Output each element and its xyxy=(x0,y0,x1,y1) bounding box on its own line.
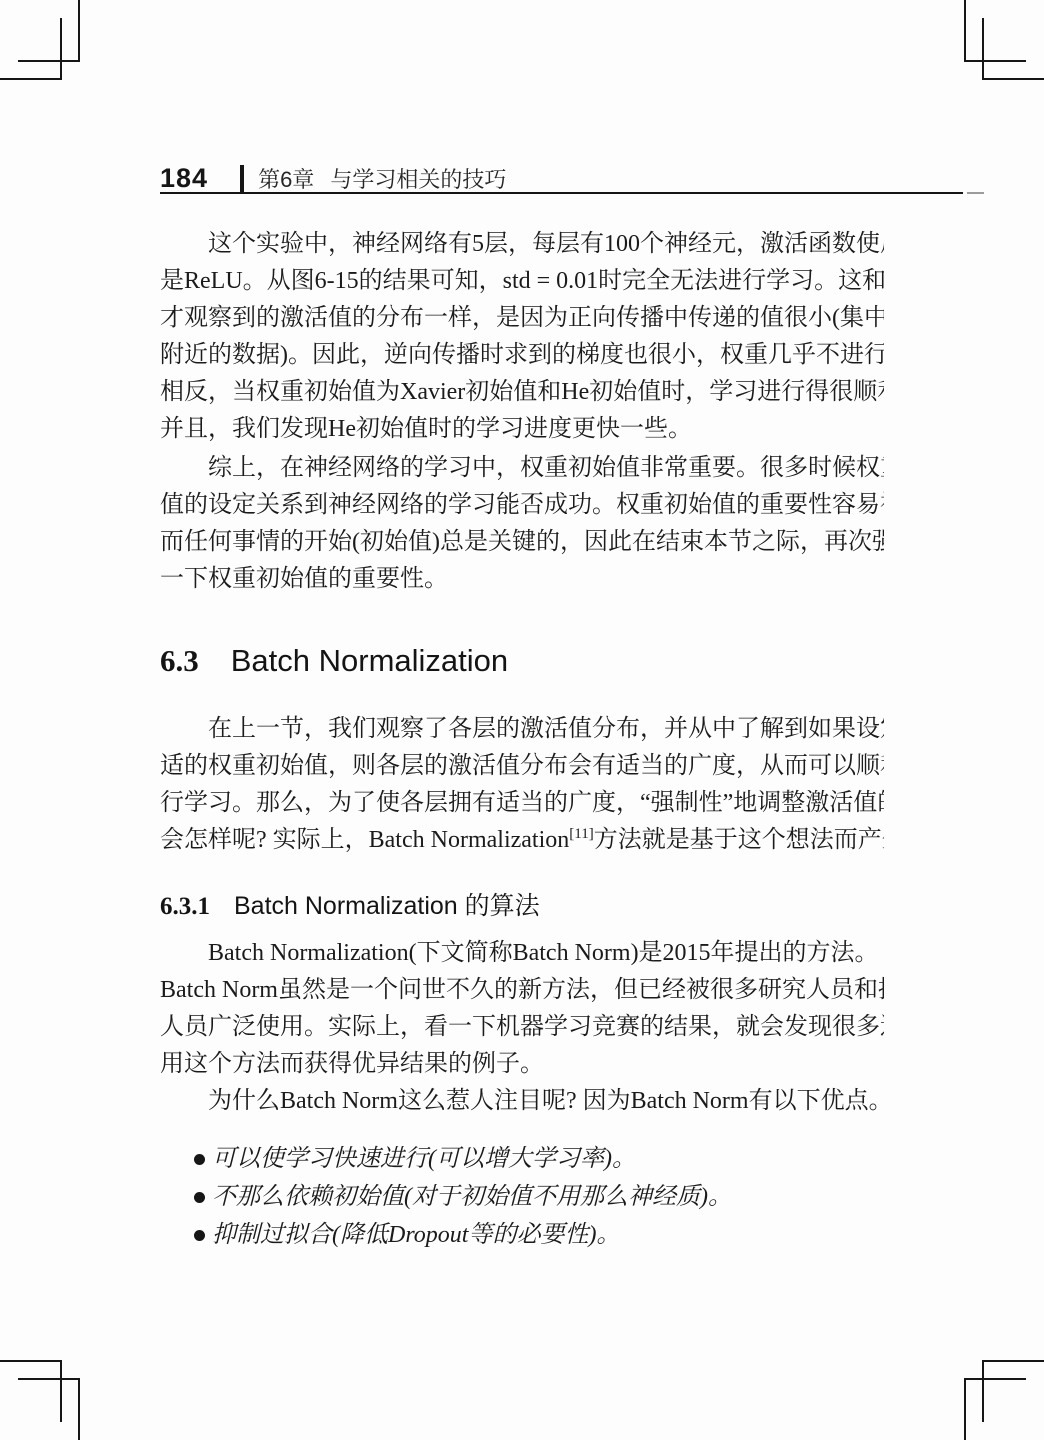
footnote-reference: [11] xyxy=(569,826,593,842)
text-line: 人员广泛使用。实际上，看一下机器学习竞赛的结果，就会发现很多通过使 xyxy=(160,1009,884,1046)
paragraph-2: 综上，在神经网络的学习中，权重初始值非常重要。很多时候权重初始 值的设定关系到神… xyxy=(160,450,884,598)
crop-mark-top-right-v1 xyxy=(964,0,966,62)
text-line: 用这个方法而获得优异结果的例子。 xyxy=(160,1046,884,1083)
header-rule-dash xyxy=(967,192,984,194)
text-segment: 方法就是基于这个想法而产生的。 xyxy=(594,827,884,853)
section-title: Batch Normalization xyxy=(231,643,508,678)
running-header: 184 第6章 与学习相关的技巧 xyxy=(160,162,506,194)
text-line: 一下权重初始值的重要性。 xyxy=(160,561,884,598)
bullet-text: 可以使学习快速进行(可以增大学习率)。 xyxy=(212,1146,636,1172)
crop-mark-top-left-v2 xyxy=(60,18,62,80)
text-line: 相反，当权重初始值为Xavier初始值和He初始值时，学习进行得很顺利。 xyxy=(160,374,884,411)
subsection-number: 6.3.1 xyxy=(160,893,210,920)
text-line: 值的设定关系到神经网络的学习能否成功。权重初始值的重要性容易被忽视， xyxy=(160,487,884,524)
bullet-text: 抑制过拟合(降低Dropout等的必要性)。 xyxy=(212,1222,620,1248)
chapter-label: 第6章 xyxy=(258,163,314,194)
text-line: 才观察到的激活值的分布一样，是因为正向传播中传递的值很小(集中在0 xyxy=(160,300,884,337)
crop-mark-bottom-right-v1 xyxy=(982,1360,984,1422)
text-line: 在上一节，我们观察了各层的激活值分布，并从中了解到如果设定了合 xyxy=(160,711,884,748)
text-line: 会怎样呢? 实际上，Batch Normalization[11]方法就是基于这… xyxy=(160,822,884,859)
bullet-icon xyxy=(194,1230,205,1241)
text-line: Batch Norm虽然是一个问世不久的新方法，但已经被很多研究人员和技术 xyxy=(160,972,884,1009)
chapter-title: 与学习相关的技巧 xyxy=(330,163,506,194)
text-line: 综上，在神经网络的学习中，权重初始值非常重要。很多时候权重初始 xyxy=(160,450,884,487)
paragraph-3: 在上一节，我们观察了各层的激活值分布，并从中了解到如果设定了合 适的权重初始值，… xyxy=(160,711,884,859)
section-heading: 6.3 Batch Normalization xyxy=(160,643,884,679)
crop-mark-top-right-v2 xyxy=(982,18,984,80)
crop-mark-top-right-h1 xyxy=(964,60,1026,62)
text-line: 并且，我们发现He初始值时的学习进度更快一些。 xyxy=(160,411,884,448)
text-line: 适的权重初始值，则各层的激活值分布会有适当的广度，从而可以顺利地进 xyxy=(160,748,884,785)
bullet-text: 不那么依赖初始值(对于初始值不用那么神经质)。 xyxy=(212,1184,732,1210)
crop-mark-bottom-right-h1 xyxy=(982,1360,1044,1362)
crop-mark-bottom-right-v2 xyxy=(964,1378,966,1440)
crop-mark-top-right-h2 xyxy=(982,78,1044,80)
page-number: 184 xyxy=(160,163,208,194)
subsection-title: Batch Normalization 的算法 xyxy=(234,892,540,920)
crop-mark-bottom-left-h2 xyxy=(18,1378,80,1380)
book-page: 184 第6章 与学习相关的技巧 这个实验中，神经网络有5层，每层有100个神经… xyxy=(0,0,1044,1440)
paragraph-4: Batch Normalization(下文简称Batch Norm)是2015… xyxy=(160,935,884,1083)
crop-mark-bottom-left-h1 xyxy=(0,1360,62,1362)
bullet-list: 可以使学习快速进行(可以增大学习率)。 不那么依赖初始值(对于初始值不用那么神经… xyxy=(160,1140,884,1254)
crop-mark-bottom-left-v1 xyxy=(60,1360,62,1422)
list-item: 抑制过拟合(降低Dropout等的必要性)。 xyxy=(160,1216,884,1254)
text-line: 行学习。那么，为了使各层拥有适当的广度，“强制性”地调整激活值的分布 xyxy=(160,785,884,822)
crop-mark-top-left-h2 xyxy=(0,78,62,80)
bullet-icon xyxy=(194,1192,205,1203)
crop-mark-top-left-v1 xyxy=(78,0,80,62)
crop-mark-bottom-right-h2 xyxy=(964,1378,1026,1380)
bullet-icon xyxy=(194,1154,205,1165)
text-line: 而任何事情的开始(初始值)总是关键的，因此在结束本节之际，再次强调 xyxy=(160,524,884,561)
text-line: 是ReLU。从图6-15的结果可知，std = 0.01时完全无法进行学习。这和… xyxy=(160,263,884,300)
paragraph-1: 这个实验中，神经网络有5层，每层有100个神经元，激活函数使用的 是ReLU。从… xyxy=(160,226,884,448)
subsection-heading: 6.3.1 Batch Normalization 的算法 xyxy=(160,886,884,922)
text-line: 附近的数据)。因此，逆向传播时求到的梯度也很小，权重几乎不进行更新。 xyxy=(160,337,884,374)
list-item: 可以使学习快速进行(可以增大学习率)。 xyxy=(160,1140,884,1178)
text-line: Batch Normalization(下文简称Batch Norm)是2015… xyxy=(160,935,884,972)
list-item: 不那么依赖初始值(对于初始值不用那么神经质)。 xyxy=(160,1178,884,1216)
section-number: 6.3 xyxy=(160,643,199,678)
text-line: 为什么Batch Norm这么惹人注目呢? 因为Batch Norm有以下优点。 xyxy=(160,1083,884,1120)
header-divider-bar xyxy=(240,165,244,192)
crop-mark-top-left-h1 xyxy=(18,60,80,62)
text-segment: 会怎样呢? 实际上，Batch Normalization xyxy=(160,827,569,853)
header-rule xyxy=(160,192,963,194)
crop-mark-bottom-left-v2 xyxy=(78,1378,80,1440)
paragraph-5: 为什么Batch Norm这么惹人注目呢? 因为Batch Norm有以下优点。 xyxy=(160,1083,884,1120)
text-line: 这个实验中，神经网络有5层，每层有100个神经元，激活函数使用的 xyxy=(160,226,884,263)
